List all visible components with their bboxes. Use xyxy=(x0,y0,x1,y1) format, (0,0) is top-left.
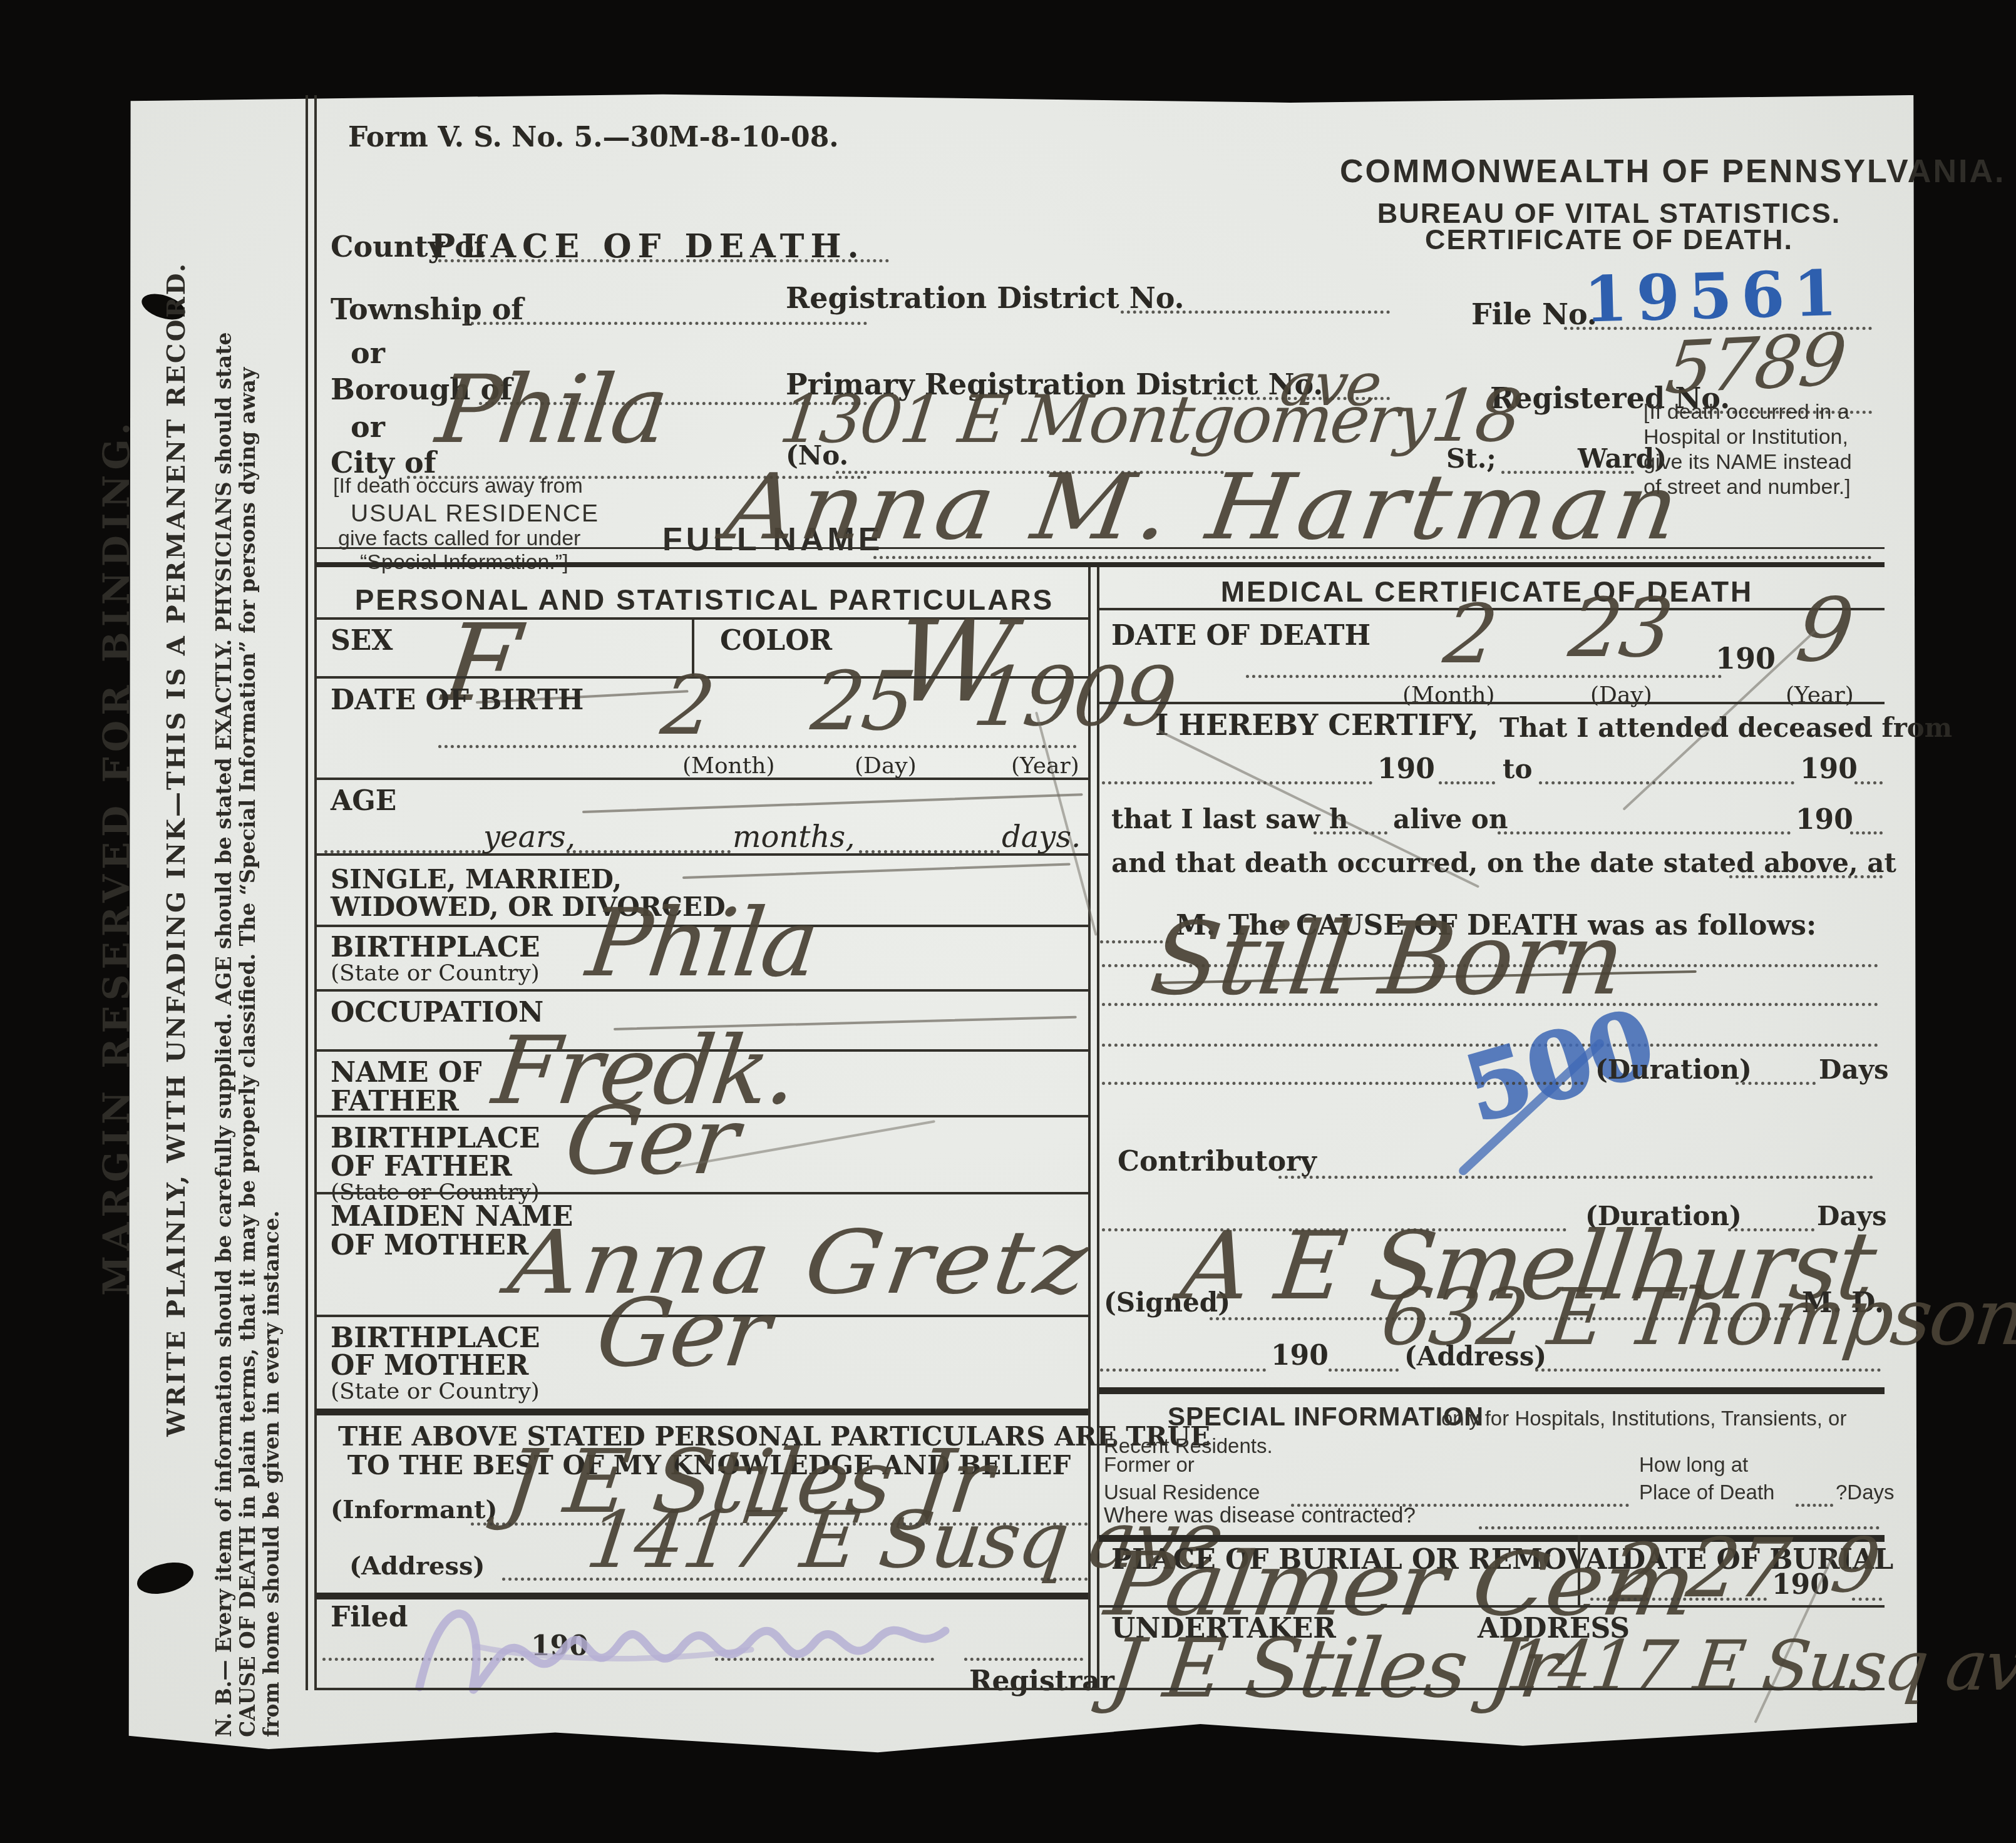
attended-line-2 xyxy=(1439,781,1495,784)
cause-line-2 xyxy=(1102,1003,1878,1006)
dod-printed-190: 190 xyxy=(1715,644,1776,675)
margin-binding-note: MARGIN RESERVED FOR BINDING. xyxy=(95,538,136,1296)
or-label-2: or xyxy=(351,412,385,443)
file-no-label: File No. xyxy=(1471,299,1597,331)
duration-lead-line-1 xyxy=(1102,1082,1584,1085)
duration-line-1 xyxy=(1736,1082,1816,1085)
attended-to-label: to xyxy=(1503,755,1532,783)
hospital-note-line2: Hospital or Institution, xyxy=(1643,426,1848,449)
attended-line-3 xyxy=(1539,781,1794,784)
hw-full-name-value: Anna M. Hartman xyxy=(720,462,1688,553)
how-long-line xyxy=(1796,1504,1833,1507)
duration-label-1: (Duration) xyxy=(1595,1055,1752,1084)
physician-date-line xyxy=(1100,1368,1266,1372)
birthplace-label: BIRTHPLACE xyxy=(331,933,540,963)
date-of-death-label: DATE OF DEATH xyxy=(1111,621,1371,651)
informant-label: (Informant) xyxy=(331,1496,497,1523)
commonwealth-heading: COMMONWEALTH OF PENNSYLVANIA. xyxy=(1340,154,1878,190)
thick-rule xyxy=(1099,1387,1885,1394)
age-label: AGE xyxy=(331,786,396,816)
rule xyxy=(316,853,1088,856)
hw-street-ave-value: ave xyxy=(1277,356,1383,415)
age-years-label: years, xyxy=(483,821,575,854)
contributory-label: Contributory xyxy=(1118,1147,1317,1177)
sex-label: SEX xyxy=(331,626,393,656)
registration-district-label: Registration District No. xyxy=(786,283,1185,314)
dod-line xyxy=(1246,675,1722,678)
residence-note-line1: [If death occurs away from xyxy=(333,475,583,498)
township-line xyxy=(465,322,867,325)
registered-no-value: 5789 xyxy=(1662,324,1848,405)
thick-rule xyxy=(316,1409,1088,1415)
special-info-rest: only for Hospitals, Institutions, Transi… xyxy=(1441,1407,1846,1430)
margin-nb-note-line2: CAUSE OF DEATH in plain terms, that it m… xyxy=(235,207,258,1737)
rule xyxy=(316,989,1088,992)
margin-nb-note-line1: N. B.— Every item of information should … xyxy=(212,207,234,1737)
rule xyxy=(1099,702,1885,704)
dod-year-label: (Year) xyxy=(1786,684,1854,708)
qdays-label: ?Days xyxy=(1836,1481,1895,1504)
color-label: COLOR xyxy=(720,626,832,656)
hw-burial-year9: 9 xyxy=(1827,1529,1882,1604)
registrar-line xyxy=(964,1658,1083,1661)
burial-date-line xyxy=(1590,1598,1767,1601)
mother-birthplace-label-line1: BIRTHPLACE xyxy=(331,1323,540,1353)
hw-dod-month: 2 xyxy=(1440,593,1500,675)
age-months-label: months, xyxy=(733,821,855,854)
physician-date-line-2 xyxy=(1329,1368,1399,1372)
attended-190-a: 190 xyxy=(1377,754,1435,784)
or-label-1: or xyxy=(351,338,385,369)
father-name-label-line2: FATHER xyxy=(331,1087,459,1117)
disease-contracted-label: Where was disease contracted? xyxy=(1104,1504,1416,1528)
mother-birthplace-state-label: (State or Country) xyxy=(331,1380,540,1404)
hw-undertaker-value: J E Stiles Jr xyxy=(1105,1628,1562,1709)
alive-on-label: alive on xyxy=(1393,805,1508,833)
registration-district-line xyxy=(1121,311,1390,314)
dob-line xyxy=(438,745,1077,748)
margin-rule-inner xyxy=(314,95,317,1690)
burial-printed-190: 190 xyxy=(1772,1570,1829,1600)
father-birthplace-label-line2: OF FATHER xyxy=(331,1152,512,1182)
margin-rule-outer xyxy=(306,95,308,1690)
death-occurred-line xyxy=(1729,875,1883,878)
attended-190-b: 190 xyxy=(1800,754,1858,784)
hw-dob-month: 2 xyxy=(657,665,717,746)
county-label: County of xyxy=(331,232,486,263)
hw-mother-maiden-value: Anna Gretz xyxy=(504,1219,1096,1307)
certify-statement-rest: That I attended deceased from xyxy=(1499,714,1952,742)
hw-dob-year: 1909 xyxy=(969,656,1179,737)
margin-nb-note-line3: from home should be given in every insta… xyxy=(259,207,282,1737)
registrar-label: Registrar xyxy=(969,1666,1114,1697)
last-saw-label: that I last saw h xyxy=(1111,805,1348,833)
margin-write-plainly-note: WRITE PLAINLY, WITH UNFADING INK—THIS IS… xyxy=(162,394,192,1437)
registrar-signature xyxy=(401,1568,977,1718)
divider-thick xyxy=(316,562,1885,567)
how-long-label-line2: Place of Death xyxy=(1639,1481,1774,1504)
filed-label: Filed xyxy=(331,1603,408,1633)
attended-line-1 xyxy=(1102,781,1372,784)
date-of-birth-label: DATE OF BIRTH xyxy=(331,685,584,716)
father-birthplace-label-line1: BIRTHPLACE xyxy=(331,1124,540,1154)
dob-year-label: (Year) xyxy=(1011,754,1079,779)
mother-maiden-label-line2: OF MOTHER xyxy=(331,1231,528,1261)
birthplace-state-label: (State or Country) xyxy=(331,962,540,986)
marital-label-line1: SINGLE, MARRIED, xyxy=(331,865,622,893)
father-name-label-line1: NAME OF xyxy=(331,1058,481,1088)
age-days-label: days. xyxy=(1002,821,1081,854)
death-occurred-label: and that death occurred, on the date sta… xyxy=(1111,849,1896,877)
days-label-1: Days xyxy=(1819,1055,1889,1084)
rule xyxy=(316,1192,1088,1194)
certificate-heading: CERTIFICATE OF DEATH. xyxy=(1340,224,1878,255)
form-number: Form V. S. No. 5.—30M-8-10-08. xyxy=(348,123,839,153)
mother-birthplace-label-line2: OF MOTHER xyxy=(331,1351,528,1381)
dob-day-label: (Day) xyxy=(855,754,917,779)
dod-month-label: (Month) xyxy=(1402,684,1494,708)
county-line xyxy=(438,259,889,262)
physician-address-line xyxy=(1535,1368,1881,1372)
hospital-note-line1: [If death occurred in a xyxy=(1643,401,1849,424)
former-residence-label-line2: Usual Residence xyxy=(1104,1481,1260,1504)
hw-father-birthplace-value: Ger xyxy=(560,1094,742,1188)
certify-statement-strong: I HEREBY CERTIFY, xyxy=(1155,710,1479,741)
hw-ward-value: 18 xyxy=(1427,381,1524,453)
contributory-line xyxy=(1278,1176,1873,1179)
attended-line-4 xyxy=(1854,781,1883,784)
township-label: Township of xyxy=(331,294,523,326)
special-info-strong: SPECIAL INFORMATION xyxy=(1168,1402,1484,1431)
last-saw-190: 190 xyxy=(1796,805,1853,835)
dod-day-label: (Day) xyxy=(1590,684,1652,708)
hw-burial-month: 2 xyxy=(1606,1532,1666,1614)
divider-thin xyxy=(316,547,1885,549)
hw-city-value: Phila xyxy=(432,363,671,457)
former-residence-label-line1: Former or xyxy=(1104,1454,1195,1476)
burial-date-line-2 xyxy=(1852,1598,1882,1601)
last-saw-line-3 xyxy=(1850,831,1883,834)
residence-note-line2: USUAL RESIDENCE xyxy=(351,501,599,528)
hw-dod-year9: 9 xyxy=(1792,587,1856,675)
bottom-rule xyxy=(316,1688,1885,1690)
how-long-label-line1: How long at xyxy=(1639,1454,1748,1476)
hw-mother-birthplace-value: Ger xyxy=(592,1286,773,1380)
hw-dob-day: 25 xyxy=(808,660,917,742)
disease-contracted-line xyxy=(1479,1526,1880,1529)
rule xyxy=(316,778,1088,780)
hw-birthplace-value: Phila xyxy=(582,896,821,990)
scanned-death-certificate: { "colors": { "paper": "#e7e9e5", "print… xyxy=(0,0,2016,1843)
hw-dod-day: 23 xyxy=(1565,587,1675,669)
physician-190: 190 xyxy=(1271,1341,1329,1371)
last-saw-line-1 xyxy=(1314,831,1387,834)
hw-physician-address-value: 632 E Thompson St xyxy=(1377,1278,2016,1357)
rule xyxy=(1099,1605,1885,1608)
last-saw-line-2 xyxy=(1498,831,1791,834)
hw-cause-value: Still Born xyxy=(1146,909,1628,1009)
dob-month-label: (Month) xyxy=(682,754,774,779)
